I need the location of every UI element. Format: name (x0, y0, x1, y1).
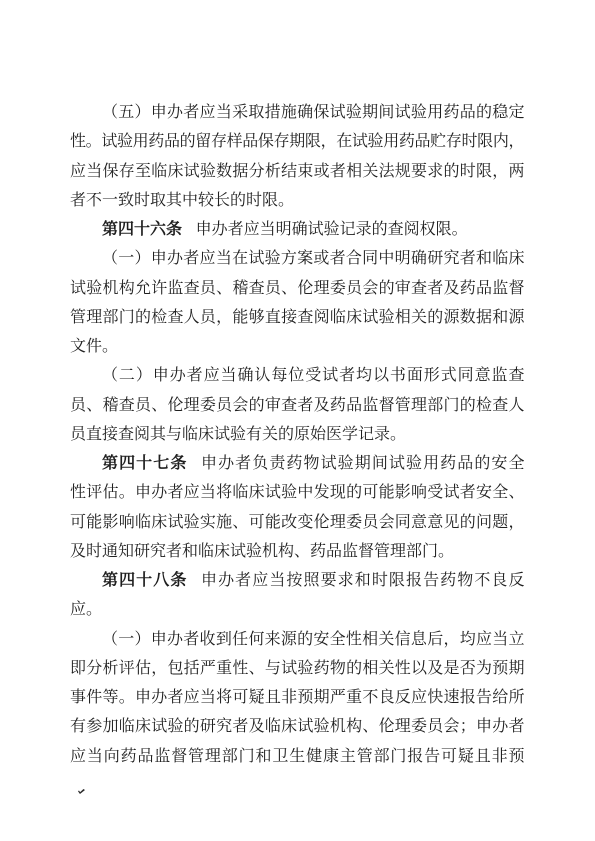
text-line: 应。 (70, 595, 524, 624)
page-content: （五）申办者应当采取措施确保试验期间试验用药品的稳定 性。试验用药品的留存样品保… (70, 98, 524, 771)
text-line: （一）申办者应当在试验方案或者合同中明确研究者和临床 (70, 244, 524, 273)
text-line: 管理部门的检查人员，能够直接查阅临床试验相关的源数据和源 (70, 303, 524, 332)
text-line: 可能影响临床试验实施、可能改变伦理委员会同意意见的问题， (70, 508, 524, 537)
article-number: 第四十七条 (102, 455, 187, 472)
text-line: 即分析评估，包括严重性、与试验药物的相关性以及是否为预期 (70, 654, 524, 683)
article-number: 第四十六条 (102, 221, 182, 238)
text-line: 员、稽查员、伦理委员会的审查者及药品监督管理部门的检查人 (70, 391, 524, 420)
text-line: （一）申办者收到任何来源的安全性相关信息后，均应当立 (70, 625, 524, 654)
article-heading-line: 第四十七条申办者负责药物试验期间试验用药品的安全 (70, 449, 524, 478)
article-body-text: 申办者应当按照要求和时限报告药物不良反 (201, 572, 524, 589)
text-line: 试验机构允许监查员、稽查员、伦理委员会的审查者及药品监督 (70, 274, 524, 303)
article-heading-line: 第四十八条申办者应当按照要求和时限报告药物不良反 (70, 566, 524, 595)
article-heading-line: 第四十六条申办者应当明确试验记录的查阅权限。 (70, 215, 524, 244)
text-line: 性评估。申办者应当将临床试验中发现的可能影响受试者安全、 (70, 478, 524, 507)
text-line: 及时通知研究者和临床试验机构、药品监督管理部门。 (70, 537, 524, 566)
article-body-text: 申办者负责药物试验期间试验用药品的安全 (201, 455, 524, 472)
text-line: 文件。 (70, 332, 524, 361)
article-number: 第四十八条 (102, 572, 187, 589)
text-line: 应当保存至临床试验数据分析结束或者相关法规要求的时限，两 (70, 157, 524, 186)
text-line: （五）申办者应当采取措施确保试验期间试验用药品的稳定 (70, 98, 524, 127)
text-line: 性。试验用药品的留存样品保存期限，在试验用药品贮存时限内， (70, 127, 524, 156)
text-line: 者不一致时取其中较长的时限。 (70, 186, 524, 215)
text-line: 应当向药品监督管理部门和卫生健康主管部门报告可疑且非预 (70, 742, 524, 771)
text-line: 事件等。申办者应当将可疑且非预期严重不良反应快速报告给所 (70, 683, 524, 712)
document-page: （五）申办者应当采取措施确保试验期间试验用药品的稳定 性。试验用药品的留存样品保… (0, 0, 595, 841)
text-line: （二）申办者应当确认每位受试者均以书面形式同意监查 (70, 361, 524, 390)
article-body-text: 申办者应当明确试验记录的查阅权限。 (196, 221, 468, 238)
text-line: 有参加临床试验的研究者及临床试验机构、伦理委员会；申办者 (70, 712, 524, 741)
stray-ink-mark (78, 789, 85, 794)
text-line: 员直接查阅其与临床试验有关的原始医学记录。 (70, 420, 524, 449)
